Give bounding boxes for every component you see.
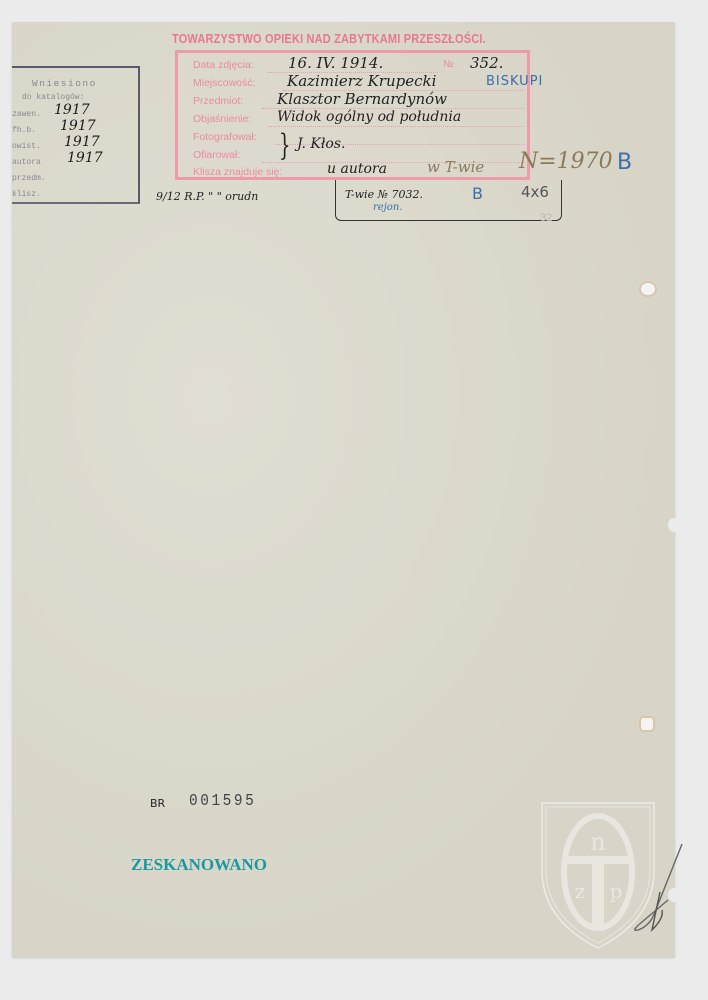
- number-value: 352.: [470, 54, 503, 72]
- field-value-date: 16. IV. 1914.: [288, 54, 383, 72]
- catalogue-row-label: autora: [12, 158, 41, 167]
- boxed-note-line2: rejon.: [373, 202, 402, 213]
- catalogue-row-label: fh.b.: [12, 126, 36, 135]
- boxed-note-line1: T-wie № 7032.: [345, 188, 423, 201]
- field-value-place: Kazimierz Krupecki: [287, 72, 436, 90]
- edge-notch: [668, 518, 680, 532]
- number-label: №: [443, 59, 454, 70]
- faint-number: 32: [540, 212, 552, 224]
- field-value-description: Widok ogólny od południa: [277, 109, 461, 125]
- annotation-n-suffix: B: [617, 150, 632, 175]
- svg-text:n: n: [590, 828, 605, 856]
- scanned-stamp: ZESKANOWANO: [131, 855, 267, 875]
- inventory-prefix: BR: [150, 797, 165, 810]
- field-label-place: Miejscowość:: [193, 77, 255, 92]
- field-label-description: Objaśnienie:: [193, 113, 251, 128]
- punch-hole: [641, 718, 653, 730]
- field-label-photographer: Fotografował:: [193, 131, 257, 146]
- catalogue-title-2: do katalogów:: [22, 93, 84, 102]
- svg-text:z: z: [575, 879, 586, 903]
- boxed-note-suffix: B: [472, 184, 483, 203]
- catalogue-row-label: klisz.: [12, 190, 41, 199]
- catalogue-stamp: Wniesiono do katalogów: zawen. fh.b. owi…: [12, 66, 140, 204]
- catalogue-row-year: 1917: [54, 102, 90, 118]
- stamp-header: TOWARZYSTWO OPIEKI NAD ZABYTKAMI PRZESZŁ…: [172, 32, 486, 46]
- catalogue-row-label: przedm.: [12, 174, 46, 183]
- field-value-negative-location: u autora: [327, 161, 387, 177]
- catalogue-row-year: 1917: [67, 150, 103, 166]
- catalogue-title-1: Wniesiono: [32, 78, 97, 89]
- annotation-biskupi: BISKUPI: [486, 74, 543, 89]
- field-label-negative-location: Klisza znajduje się:: [193, 166, 282, 181]
- dotted-line: [262, 162, 524, 163]
- field-value-subject: Klasztor Bernardynów: [277, 90, 447, 108]
- field-label-date: Data zdjęcia:: [193, 59, 254, 74]
- catalogue-row-label: zawen.: [12, 110, 41, 119]
- brace: }: [279, 128, 290, 163]
- catalogue-row-year: 1917: [64, 134, 100, 150]
- inventory-number: 001595: [189, 792, 256, 811]
- boxed-note-size: 4x6: [521, 183, 549, 201]
- annotation-n-number: N=1970: [519, 149, 613, 174]
- annotation-klisza: w T-wie: [427, 158, 484, 176]
- field-label-donor: Ofiarował:: [193, 149, 240, 164]
- catalogue-row-year: 1917: [60, 118, 96, 134]
- punch-hole: [641, 283, 655, 295]
- below-stamp-note: 9/12 R.P. " " orudn: [156, 190, 258, 203]
- dotted-line: [268, 126, 524, 127]
- field-value-photographer: J. Kłos.: [297, 136, 346, 152]
- field-label-subject: Przedmiot:: [193, 95, 243, 110]
- signature-mark-icon: [620, 842, 690, 934]
- catalogue-row-label: owist.: [12, 142, 41, 151]
